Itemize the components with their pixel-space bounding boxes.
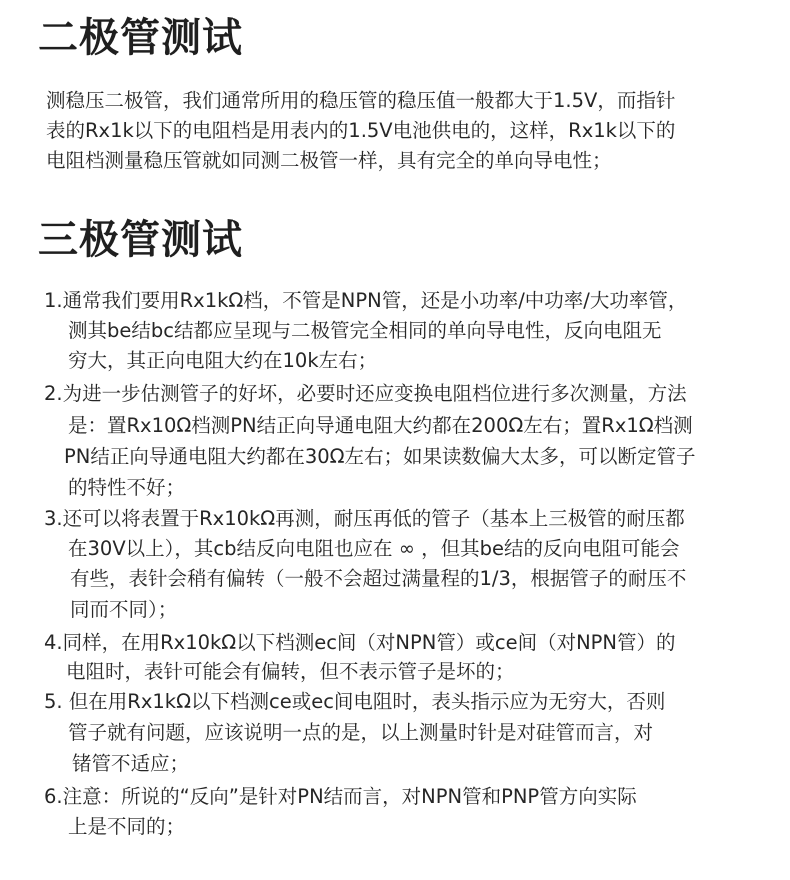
paragraph-line: 电阻档测量稳压管就如同测二极管一样，具有完全的单向导电性； [46, 147, 612, 175]
list-item-line: PN结正向导通电阻大约都在30Ω左右；如果读数偏大太多，可以断定管子 [64, 443, 696, 471]
list-item-line: 2.为进一步估测管子的好坏，必要时还应变换电阻档位进行多次测量，方法 [44, 380, 687, 408]
paragraph-line: 表的Rx1k以下的电阻档是用表内的1.5V电池供电的，这样，Rx1k以下的 [46, 117, 675, 145]
list-item-line: 锗管不适应； [72, 750, 189, 778]
list-item-line: 4.同样，在用Rx10kΩ以下档测ec间（对NPN管）或ce间（对NPN管）的 [44, 629, 676, 657]
list-item-line: 电阻时，表针可能会有偏转，但不表示管子是坏的； [66, 658, 515, 686]
list-item-line: 3.还可以将表置于Rx10kΩ再测，耐压再低的管子（基本上三极管的耐压都 [44, 505, 685, 533]
list-item-line: 1.通常我们要用Rx1kΩ档，不管是NPN管，还是小功率/中功率/大功率管， [44, 287, 687, 315]
list-item-line: 测其be结bc结都应呈现与二极管完全相同的单向导电性，反向电阻无 [68, 317, 661, 345]
list-item-line: 上是不同的； [68, 813, 185, 841]
list-item-line: 5. 但在用Rx1kΩ以下档测ce或ec间电阻时，表头指示应为无穷大，否则 [44, 688, 665, 716]
section-title-diode-test: 二极管测试 [38, 14, 243, 62]
list-item-line: 同而不同）； [70, 596, 177, 624]
list-item-line: 的特性不好； [68, 474, 185, 502]
list-item-line: 在30V以上），其cb结反向电阻也应在 ∞ ，但其be结的反向电阻可能会 [68, 535, 680, 563]
paragraph-line: 测稳压二极管，我们通常所用的稳压管的稳压值一般都大于1.5V，而指针 [46, 87, 675, 115]
section-title-transistor-test: 三极管测试 [38, 216, 243, 264]
list-item-line: 是：置Rx10Ω档测PN结正向导通电阻大约都在200Ω左右；置Rx1Ω档测 [68, 412, 693, 440]
list-item-line: 管子就有问题，应该说明一点的是，以上测量时针是对硅管而言，对 [68, 719, 653, 747]
list-item-line: 6.注意：所说的“反向”是针对PN结而言，对NPN管和PNP管方向实际 [44, 783, 637, 811]
list-item-line: 穷大，其正向电阻大约在10k左右； [68, 347, 377, 375]
list-item-line: 有些，表针会稍有偏转（一般不会超过满量程的1/3，根据管子的耐压不 [70, 565, 686, 593]
